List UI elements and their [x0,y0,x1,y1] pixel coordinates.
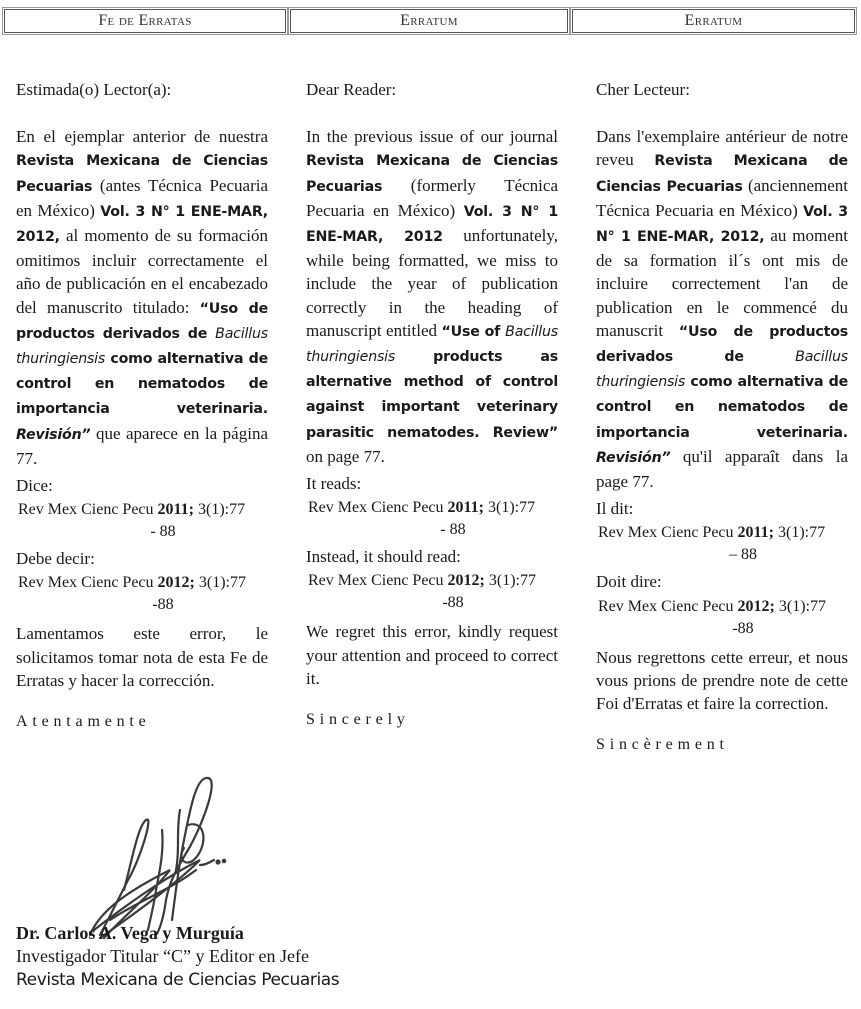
header-spanish: Fe de Erratas [4,9,286,33]
column-english: Dear Reader: In the previous issue of ou… [306,78,558,747]
column-french: Cher Lecteur: Dans l'exemplaire antérieu… [596,78,848,772]
signature-block: Dr. Carlos A. Vega y Murguía Investigado… [16,921,339,992]
label-wrong: It reads: [306,472,558,495]
signatory-name: Dr. Carlos A. Vega y Murguía [16,921,339,945]
journal-name: Revista Mexicana de Ciencias Pecuarias [16,968,339,992]
citation-wrong: Rev Mex Cienc Pecu 2011; 3(1):77- 88 [18,499,268,543]
body-paragraph: Dans l'exemplaire antérieur de notre rev… [596,125,848,493]
citation-right: Rev Mex Cienc Pecu 2012; 3(1):77-88 [308,570,558,614]
label-right: Doit dire: [596,570,848,593]
label-right: Debe decir: [16,547,268,570]
citation-right: Rev Mex Cienc Pecu 2012; 3(1):77-88 [18,572,268,616]
column-spanish: Estimada(o) Lector(a): En el ejemplar an… [16,78,268,749]
signatory-title: Investigador Titular “C” y Editor en Jef… [16,945,339,968]
greeting: Estimada(o) Lector(a): [16,78,268,101]
citation-wrong: Rev Mex Cienc Pecu 2011; 3(1):77– 88 [598,522,848,566]
closing-paragraph: We regret this error, kindly request you… [306,620,558,690]
salutation: Sincèrement [596,733,848,756]
greeting: Dear Reader: [306,78,558,101]
citation-right: Rev Mex Cienc Pecu 2012; 3(1):77-88 [598,596,848,640]
label-right: Instead, it should read: [306,545,558,568]
header-french: Erratum [572,9,855,33]
salutation: Sincerely [306,708,558,731]
body-paragraph: En el ejemplar anterior de nuestra Revis… [16,125,268,470]
label-wrong: Il dit: [596,497,848,520]
closing-paragraph: Nous regrettons cette erreur, et nous vo… [596,646,848,716]
header-bar: Fe de Erratas Erratum Erratum [4,9,857,35]
greeting: Cher Lecteur: [596,78,848,101]
label-wrong: Dice: [16,474,268,497]
citation-wrong: Rev Mex Cienc Pecu 2011; 3(1):77- 88 [308,497,558,541]
body-paragraph: In the previous issue of our journal Rev… [306,125,558,468]
signature-icon [80,770,240,940]
closing-paragraph: Lamentamos este error, le solicitamos to… [16,622,268,692]
header-english: Erratum [290,9,568,33]
salutation: Atentamente [16,710,268,733]
